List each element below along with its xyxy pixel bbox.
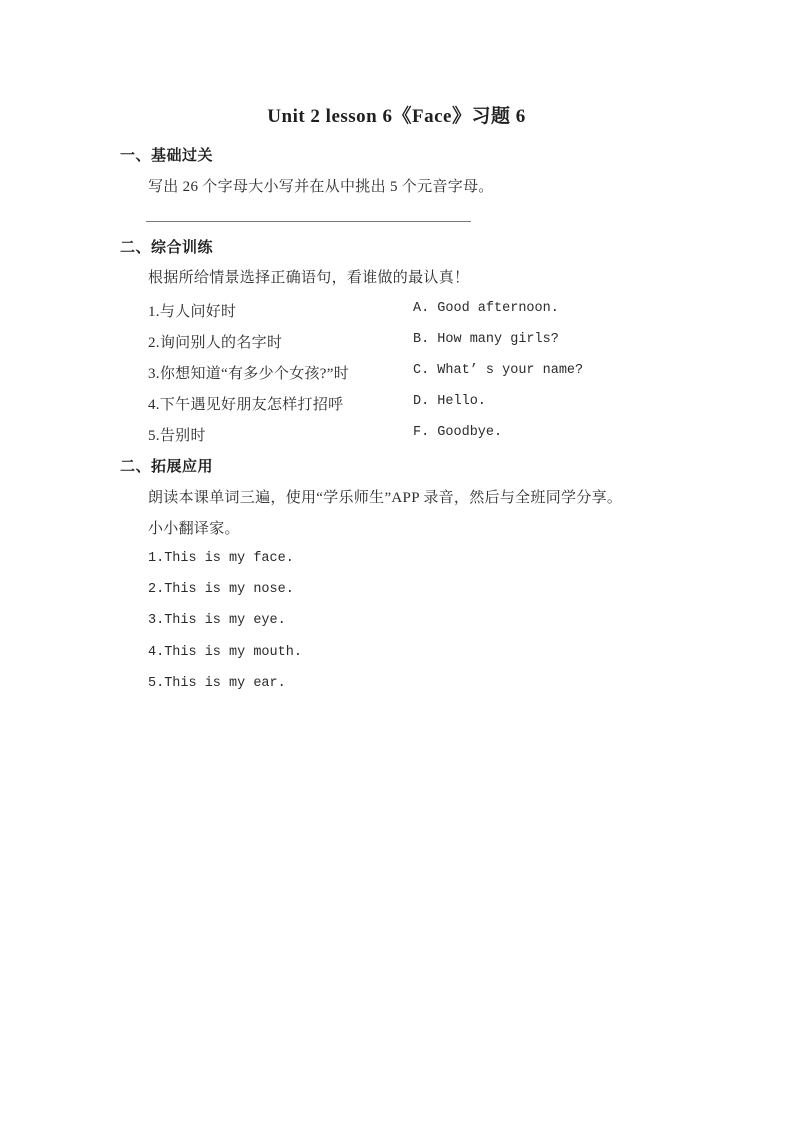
worksheet-page: Unit 2 lesson 6《Face》习题 6 一、基础过关 写出 26 个… bbox=[0, 0, 793, 1122]
match-prompt: 2.询问别人的名字时 bbox=[148, 331, 282, 352]
answer-line bbox=[146, 221, 471, 222]
match-prompt: 4.下午遇见好朋友怎样打招呼 bbox=[148, 393, 343, 414]
match-row: 4.下午遇见好朋友怎样打招呼 D. Hello. bbox=[0, 393, 793, 411]
match-option: B. How many girls? bbox=[413, 332, 559, 347]
match-row: 5.告别时 F. Goodbye. bbox=[0, 424, 793, 442]
match-prompt: 5.告别时 bbox=[148, 424, 206, 445]
translation-item: 5.This is my ear. bbox=[148, 676, 286, 691]
translation-item: 3.This is my eye. bbox=[148, 613, 286, 628]
match-option: C. What’ s your name? bbox=[413, 363, 583, 378]
match-prompt: 3.你想知道“有多少个女孩?”时 bbox=[148, 362, 349, 383]
section-comprehensive-instruction: 根据所给情景选择正确语句，看谁做的最认真！ bbox=[148, 266, 469, 287]
translation-item: 2.This is my nose. bbox=[148, 582, 294, 597]
section-extension-instruction: 朗读本课单词三遍，使用“学乐师生”APP 录音，然后与全班同学分享。 bbox=[148, 486, 622, 507]
match-row: 2.询问别人的名字时 B. How many girls? bbox=[0, 331, 793, 349]
match-row: 3.你想知道“有多少个女孩?”时 C. What’ s your name? bbox=[0, 362, 793, 380]
match-option: A. Good afternoon. bbox=[413, 301, 559, 316]
section-basic-instruction: 写出 26 个字母大小写并在从中挑出 5 个元音字母。 bbox=[148, 175, 494, 196]
section-comprehensive-heading: 二、综合训练 bbox=[120, 236, 213, 257]
match-row: 1.与人问好时 A. Good afternoon. bbox=[0, 300, 793, 318]
page-title: Unit 2 lesson 6《Face》习题 6 bbox=[0, 101, 793, 128]
section-extension-subtitle: 小小翻译家。 bbox=[148, 517, 240, 538]
match-prompt: 1.与人问好时 bbox=[148, 300, 236, 321]
match-option: F. Goodbye. bbox=[413, 425, 502, 440]
section-basic-heading: 一、基础过关 bbox=[120, 144, 213, 165]
match-option: D. Hello. bbox=[413, 394, 486, 409]
section-extension-heading: 二、拓展应用 bbox=[120, 455, 213, 476]
translation-item: 4.This is my mouth. bbox=[148, 645, 302, 660]
translation-item: 1.This is my face. bbox=[148, 551, 294, 566]
